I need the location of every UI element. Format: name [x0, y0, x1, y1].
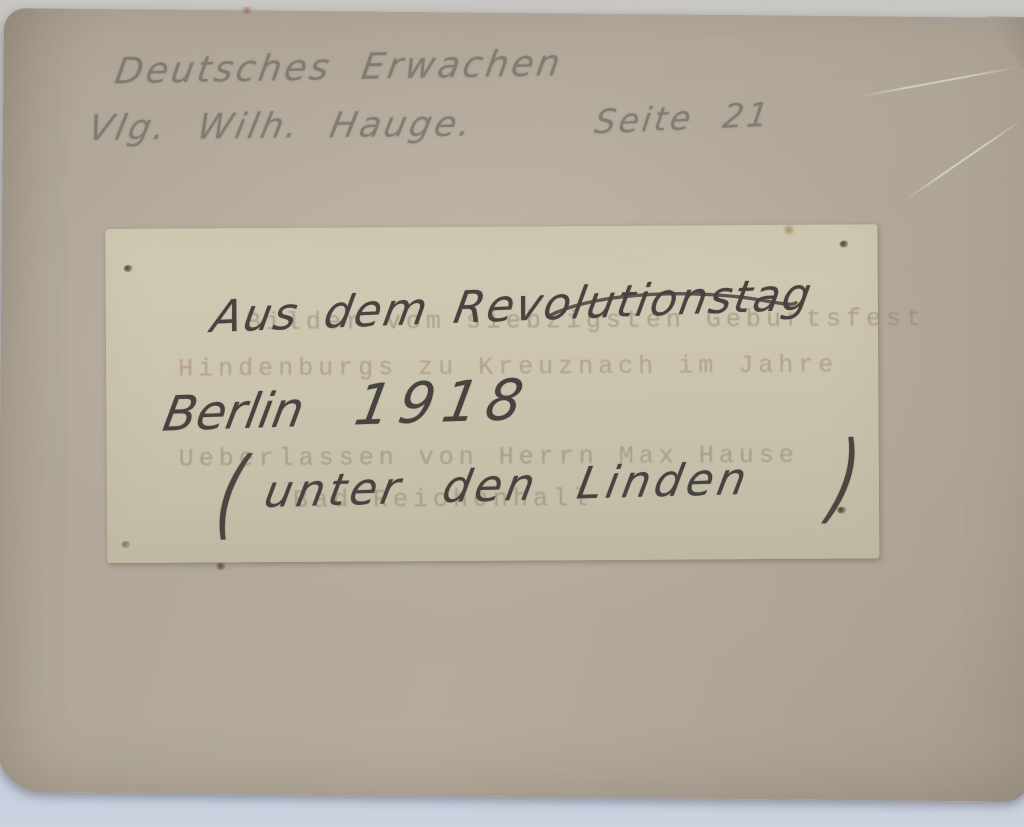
paren-close: ): [823, 419, 872, 534]
pencil-annotation-publisher: Vlg. Wilh. Hauge.: [85, 104, 477, 148]
crease-line: [903, 118, 1024, 202]
handwritten-place-year: Berlin1918: [159, 367, 536, 444]
handwritten-place: Berlin: [159, 382, 308, 443]
paper-speck: [215, 562, 227, 570]
label-stain: [781, 225, 796, 235]
handwritten-note: unter den Linden: [260, 454, 754, 518]
tack-hole: [124, 265, 133, 272]
corner-fold-crease: [980, 16, 1024, 93]
paper-stain: [240, 6, 254, 14]
crease-line: [857, 66, 1020, 98]
tack-hole: [837, 507, 846, 514]
pen-flourish-stroke: [542, 281, 802, 333]
photograph-backdrop: Deutsches Erwachen Vlg. Wilh. Hauge. Sei…: [0, 0, 1024, 827]
pencil-annotation-title: Deutsches Erwachen: [112, 43, 566, 92]
photo-card-back: Deutsches Erwachen Vlg. Wilh. Hauge. Sei…: [0, 8, 1024, 802]
tack-hole: [839, 241, 848, 248]
pencil-annotation-page-ref: Seite 21: [592, 95, 773, 142]
handwritten-year: 1918: [350, 367, 536, 438]
pasted-archive-label: Bilder vom siebzigsten Geburtsfest Hinde…: [105, 224, 879, 563]
tack-hole: [121, 541, 130, 548]
